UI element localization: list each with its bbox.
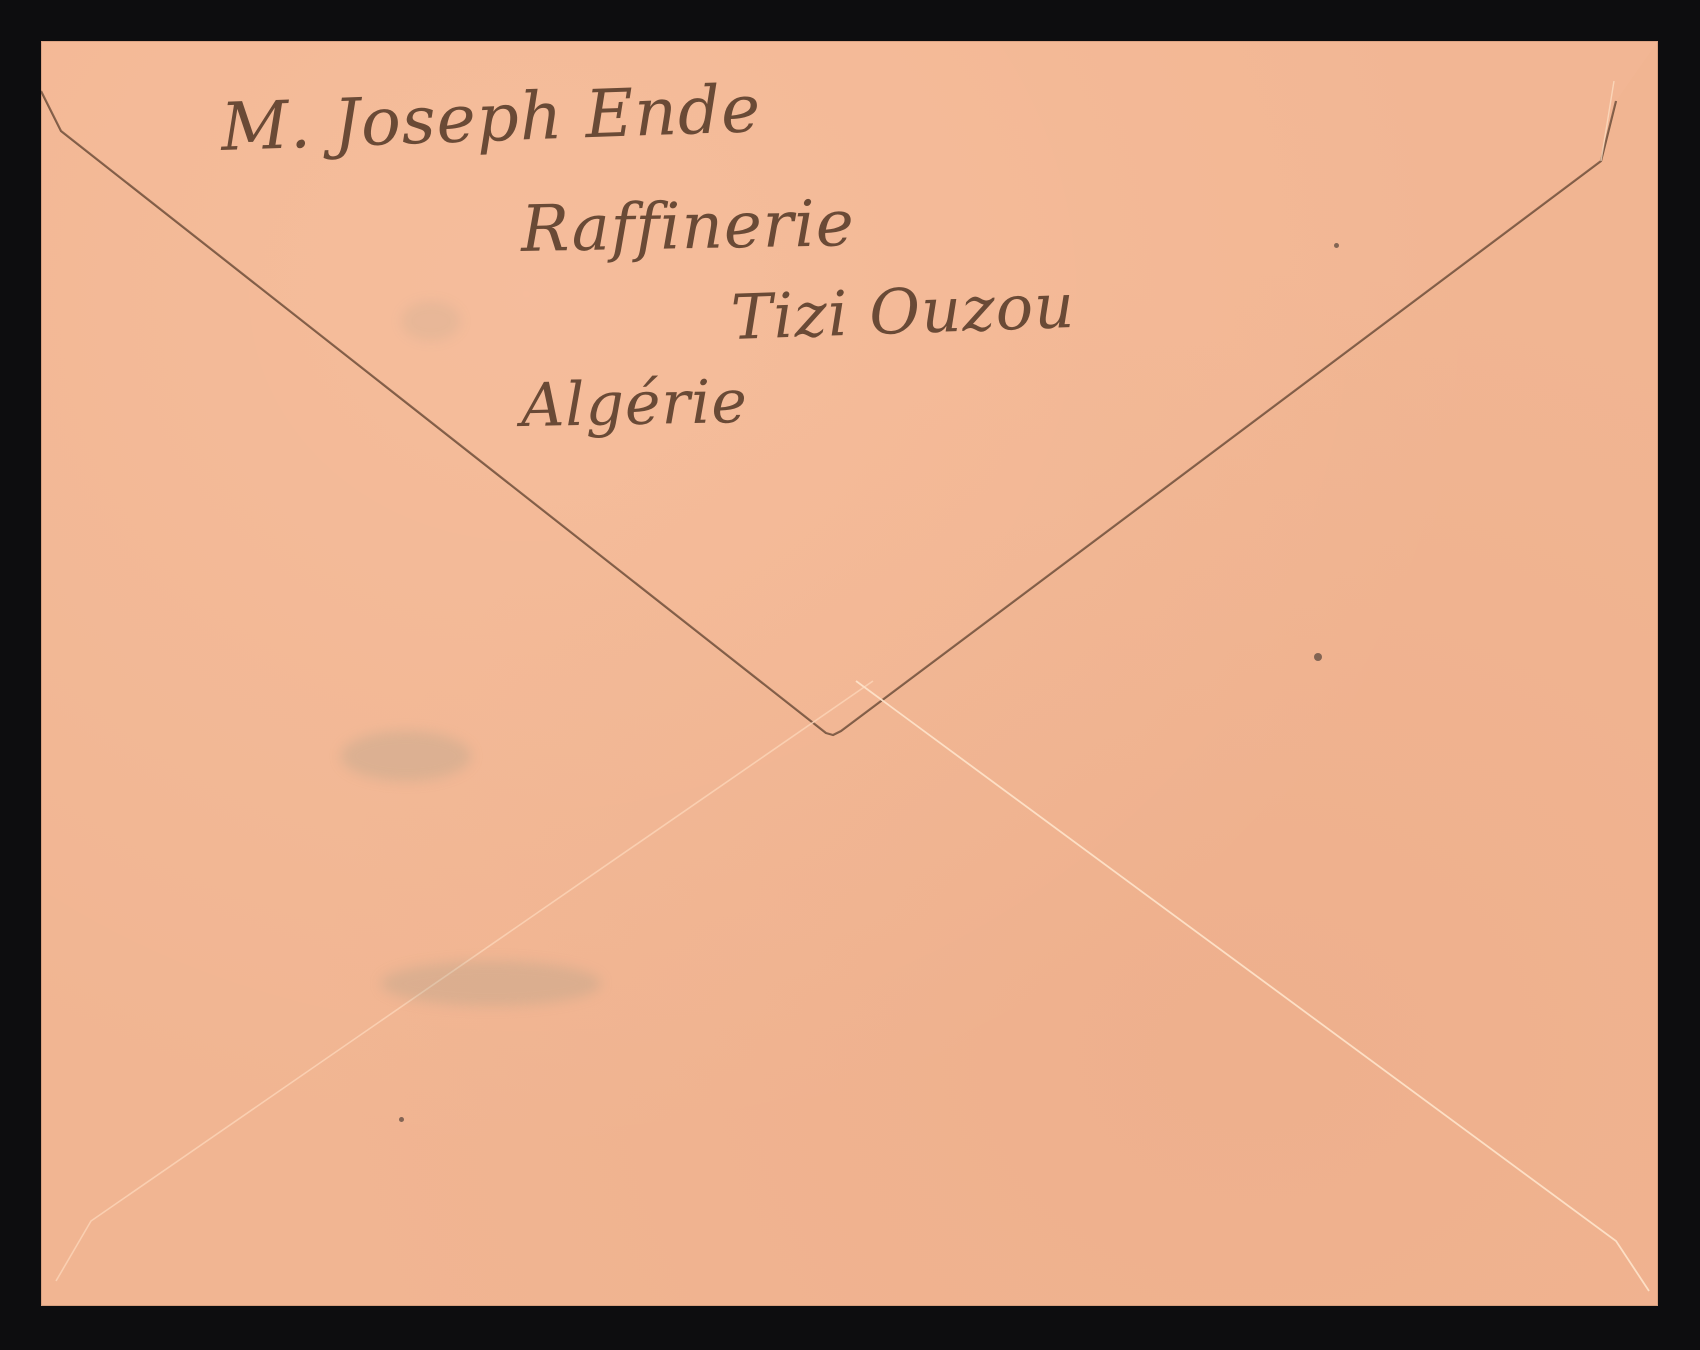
paper-spot xyxy=(1314,653,1322,661)
address-company: Raffinerie xyxy=(520,187,855,267)
address-city: Tizi Ouzou xyxy=(730,269,1076,354)
ink-smudge xyxy=(381,961,601,1006)
ink-smudge xyxy=(341,731,471,781)
ink-smudge xyxy=(401,301,461,341)
photo-scene: M. Joseph Ende Raffinerie Tizi Ouzou Alg… xyxy=(0,0,1700,1350)
envelope-back: M. Joseph Ende Raffinerie Tizi Ouzou Alg… xyxy=(41,41,1658,1306)
right-lower-fold xyxy=(856,681,1649,1291)
paper-spot xyxy=(1334,243,1339,248)
paper-spot xyxy=(399,1117,404,1122)
address-country: Algérie xyxy=(520,367,748,441)
